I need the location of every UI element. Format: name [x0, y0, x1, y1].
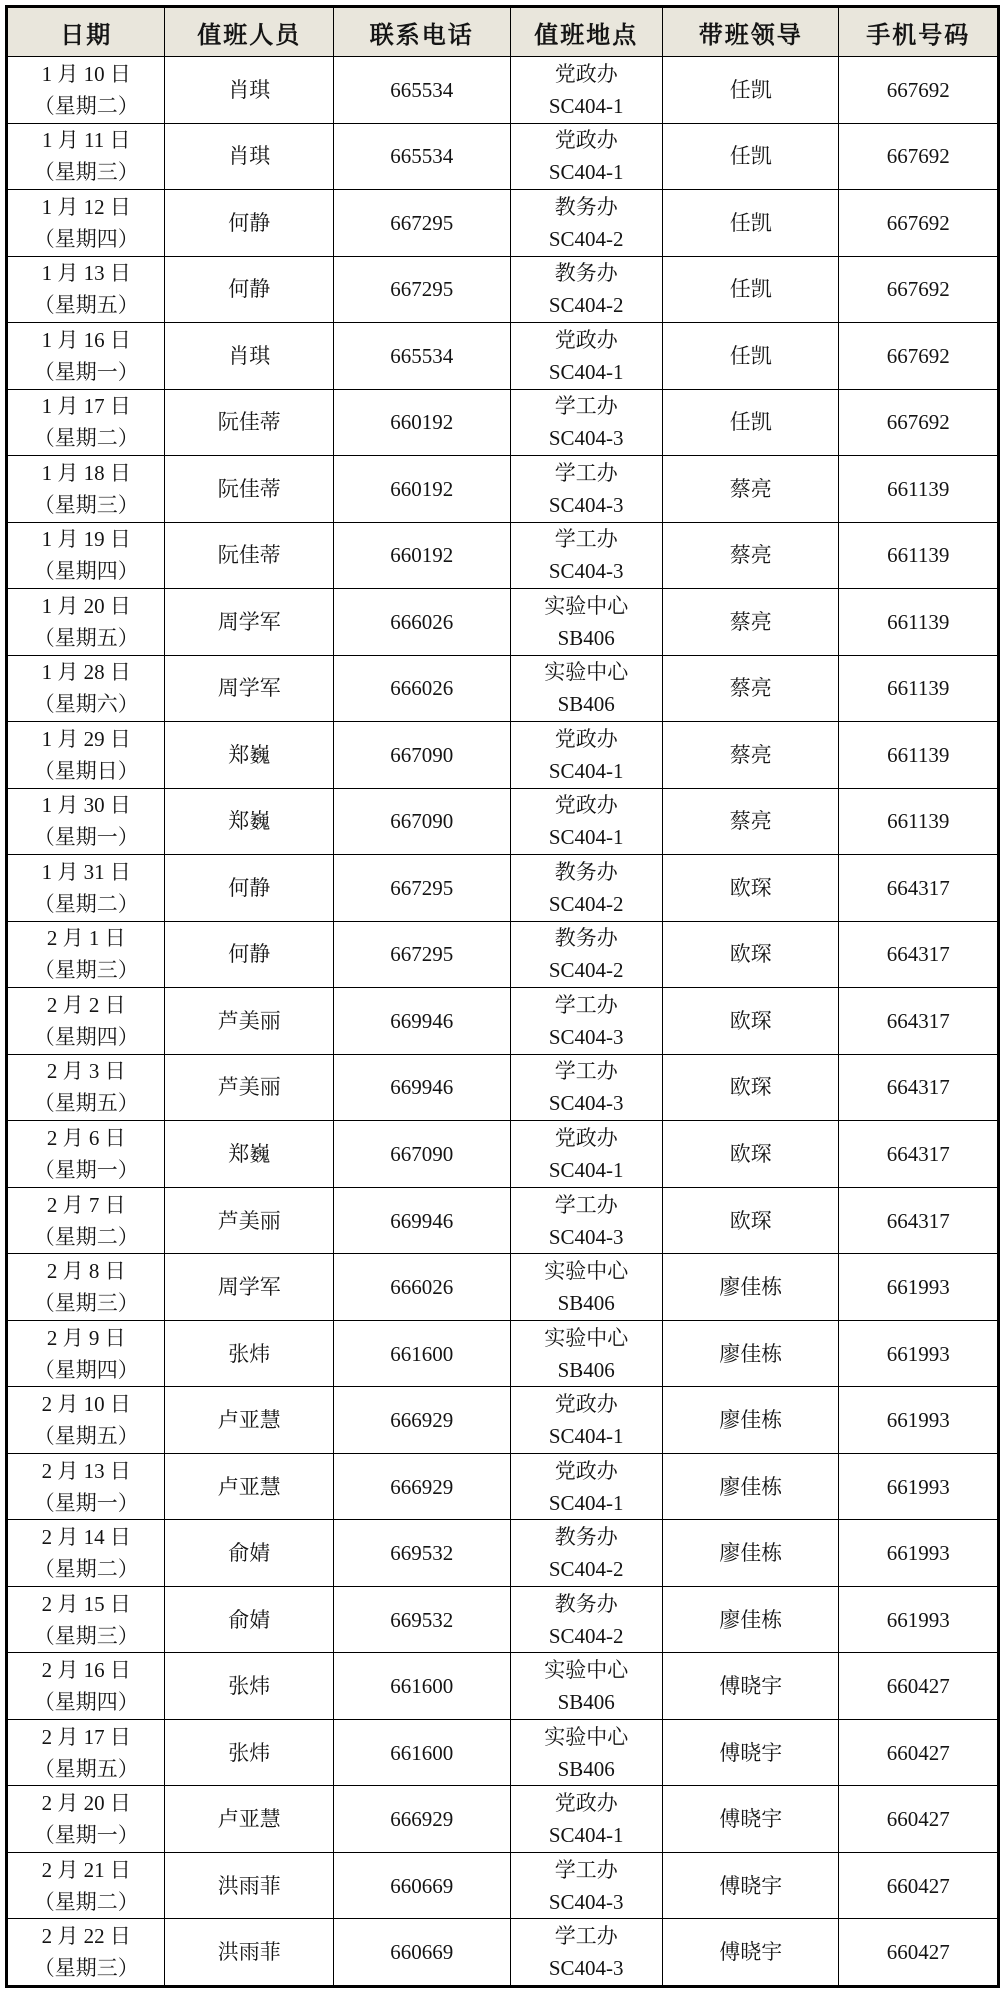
weekday-text: （星期三）: [8, 1620, 164, 1652]
place-text: 学工办: [511, 523, 662, 555]
phone-cell: 666929: [333, 1786, 510, 1853]
leader-cell: 傅晓宇: [662, 1919, 839, 1987]
mobile-text: 667692: [839, 207, 997, 239]
leader-cell: 任凯: [662, 123, 839, 190]
room-text: SC404-2: [511, 1620, 662, 1652]
phone-text: 669946: [334, 1205, 510, 1237]
phone-text: 667295: [334, 207, 510, 239]
place-text: 教务办: [511, 1588, 662, 1620]
person-text: 何静: [165, 938, 333, 970]
leader-cell: 蔡亮: [662, 788, 839, 855]
mobile-text: 661139: [839, 539, 997, 571]
date-cell: 1 月 13 日（星期五）: [7, 256, 165, 323]
location-cell: 实验中心SB406: [510, 655, 662, 722]
location-cell: 实验中心SB406: [510, 1320, 662, 1387]
date-cell: 1 月 30 日（星期一）: [7, 788, 165, 855]
room-text: SC404-3: [511, 489, 662, 521]
phone-cell: 660192: [333, 456, 510, 523]
phone-text: 666026: [334, 1271, 510, 1303]
room-text: SC404-1: [511, 1487, 662, 1519]
date-text: 2 月 3 日: [8, 1055, 164, 1087]
date-cell: 2 月 9 日（星期四）: [7, 1320, 165, 1387]
phone-cell: 669946: [333, 1054, 510, 1121]
date-cell: 1 月 19 日（星期四）: [7, 522, 165, 589]
mobile-cell: 667692: [839, 57, 999, 124]
person-cell: 俞婧: [165, 1586, 334, 1653]
phone-cell: 661600: [333, 1653, 510, 1720]
header-cell-mobile: 手机号码: [839, 7, 999, 57]
phone-text: 667295: [334, 872, 510, 904]
table-row: 1 月 20 日（星期五）周学军666026实验中心SB406蔡亮661139: [7, 589, 999, 656]
date-cell: 1 月 29 日（星期日）: [7, 722, 165, 789]
leader-cell: 廖佳栋: [662, 1520, 839, 1587]
header-cell-person: 值班人员: [165, 7, 334, 57]
mobile-text: 660427: [839, 1870, 997, 1902]
table-row: 2 月 16 日（星期四）张炜661600实验中心SB406傅晓宇660427: [7, 1653, 999, 1720]
mobile-text: 664317: [839, 938, 997, 970]
table-row: 2 月 21 日（星期二）洪雨菲660669学工办SC404-3傅晓宇66042…: [7, 1852, 999, 1919]
date-cell: 1 月 28 日（星期六）: [7, 655, 165, 722]
weekday-text: （星期五）: [8, 1420, 164, 1452]
person-cell: 何静: [165, 921, 334, 988]
weekday-text: （星期六）: [8, 688, 164, 720]
table-row: 2 月 7 日（星期二）芦美丽669946学工办SC404-3欧琛664317: [7, 1187, 999, 1254]
date-cell: 2 月 17 日（星期五）: [7, 1719, 165, 1786]
place-text: 党政办: [511, 324, 662, 356]
leader-text: 廖佳栋: [663, 1338, 839, 1370]
date-cell: 2 月 1 日（星期三）: [7, 921, 165, 988]
person-cell: 卢亚慧: [165, 1387, 334, 1454]
location-cell: 学工办SC404-3: [510, 1054, 662, 1121]
date-text: 1 月 30 日: [8, 789, 164, 821]
mobile-text: 664317: [839, 1138, 997, 1170]
date-text: 2 月 7 日: [8, 1189, 164, 1221]
header-cell-date: 日期: [7, 7, 165, 57]
leader-text: 欧琛: [663, 1205, 839, 1237]
leader-text: 廖佳栋: [663, 1604, 839, 1636]
person-cell: 阮佳蒂: [165, 389, 334, 456]
table-row: 2 月 22 日（星期三）洪雨菲660669学工办SC404-3傅晓宇66042…: [7, 1919, 999, 1987]
phone-cell: 666026: [333, 1254, 510, 1321]
phone-text: 669532: [334, 1537, 510, 1569]
phone-cell: 660669: [333, 1852, 510, 1919]
leader-cell: 傅晓宇: [662, 1852, 839, 1919]
mobile-cell: 661993: [839, 1520, 999, 1587]
weekday-text: （星期三）: [8, 1287, 164, 1319]
weekday-text: （星期五）: [8, 622, 164, 654]
room-text: SC404-3: [511, 1221, 662, 1253]
location-cell: 学工办SC404-3: [510, 522, 662, 589]
place-text: 实验中心: [511, 1255, 662, 1287]
date-text: 1 月 10 日: [8, 58, 164, 90]
person-text: 洪雨菲: [165, 1870, 333, 1902]
table-row: 2 月 1 日（星期三）何静667295教务办SC404-2欧琛664317: [7, 921, 999, 988]
date-text: 1 月 29 日: [8, 723, 164, 755]
room-text: SC404-1: [511, 156, 662, 188]
person-text: 阮佳蒂: [165, 473, 333, 505]
date-cell: 2 月 16 日（星期四）: [7, 1653, 165, 1720]
leader-cell: 廖佳栋: [662, 1320, 839, 1387]
weekday-text: （星期二）: [8, 1221, 164, 1253]
mobile-text: 660427: [839, 1803, 997, 1835]
weekday-text: （星期二）: [8, 90, 164, 122]
leader-cell: 廖佳栋: [662, 1387, 839, 1454]
leader-text: 廖佳栋: [663, 1404, 839, 1436]
date-text: 2 月 2 日: [8, 989, 164, 1021]
leader-cell: 欧琛: [662, 1187, 839, 1254]
room-text: SC404-1: [511, 356, 662, 388]
leader-cell: 傅晓宇: [662, 1786, 839, 1853]
leader-cell: 蔡亮: [662, 522, 839, 589]
weekday-text: （星期二）: [8, 1886, 164, 1918]
person-cell: 芦美丽: [165, 1054, 334, 1121]
leader-cell: 欧琛: [662, 1121, 839, 1188]
table-row: 1 月 17 日（星期二）阮佳蒂660192学工办SC404-3任凯667692: [7, 389, 999, 456]
leader-text: 蔡亮: [663, 539, 839, 571]
leader-text: 欧琛: [663, 1138, 839, 1170]
table-row: 1 月 19 日（星期四）阮佳蒂660192学工办SC404-3蔡亮661139: [7, 522, 999, 589]
table-row: 1 月 11 日（星期三）肖琪665534党政办SC404-1任凯667692: [7, 123, 999, 190]
room-text: SC404-3: [511, 555, 662, 587]
duty-schedule-table: 日期 值班人员 联系电话 值班地点 带班领导 手机号码 1 月 10 日（星期二…: [5, 5, 1000, 1988]
leader-cell: 欧琛: [662, 921, 839, 988]
mobile-cell: 660427: [839, 1786, 999, 1853]
mobile-cell: 661139: [839, 788, 999, 855]
place-text: 实验中心: [511, 1654, 662, 1686]
date-cell: 1 月 10 日（星期二）: [7, 57, 165, 124]
phone-text: 660192: [334, 539, 510, 571]
location-cell: 学工办SC404-3: [510, 389, 662, 456]
location-cell: 党政办SC404-1: [510, 1453, 662, 1520]
date-text: 2 月 15 日: [8, 1588, 164, 1620]
place-text: 党政办: [511, 1787, 662, 1819]
date-text: 1 月 18 日: [8, 457, 164, 489]
person-text: 芦美丽: [165, 1205, 333, 1237]
location-cell: 党政办SC404-1: [510, 722, 662, 789]
leader-text: 欧琛: [663, 872, 839, 904]
phone-text: 667090: [334, 805, 510, 837]
weekday-text: （星期一）: [8, 821, 164, 853]
person-text: 俞婧: [165, 1604, 333, 1636]
table-row: 2 月 2 日（星期四）芦美丽669946学工办SC404-3欧琛664317: [7, 988, 999, 1055]
person-text: 周学军: [165, 1271, 333, 1303]
phone-text: 660669: [334, 1936, 510, 1968]
date-text: 1 月 13 日: [8, 257, 164, 289]
phone-text: 661600: [334, 1737, 510, 1769]
weekday-text: （星期五）: [8, 289, 164, 321]
place-text: 实验中心: [511, 1721, 662, 1753]
person-text: 郑巍: [165, 739, 333, 771]
person-cell: 周学军: [165, 1254, 334, 1321]
mobile-cell: 664317: [839, 1054, 999, 1121]
leader-cell: 蔡亮: [662, 456, 839, 523]
mobile-text: 661139: [839, 805, 997, 837]
location-cell: 教务办SC404-2: [510, 1586, 662, 1653]
table-body: 1 月 10 日（星期二）肖琪665534党政办SC404-1任凯6676921…: [7, 57, 999, 1987]
place-text: 党政办: [511, 723, 662, 755]
leader-cell: 欧琛: [662, 988, 839, 1055]
person-cell: 肖琪: [165, 123, 334, 190]
leader-cell: 任凯: [662, 57, 839, 124]
place-text: 党政办: [511, 1122, 662, 1154]
phone-cell: 660669: [333, 1919, 510, 1987]
person-text: 周学军: [165, 606, 333, 638]
leader-text: 任凯: [663, 74, 839, 106]
location-cell: 党政办SC404-1: [510, 1786, 662, 1853]
mobile-text: 661993: [839, 1604, 997, 1636]
location-cell: 教务办SC404-2: [510, 921, 662, 988]
room-text: SC404-3: [511, 422, 662, 454]
date-cell: 2 月 6 日（星期一）: [7, 1121, 165, 1188]
mobile-cell: 661139: [839, 456, 999, 523]
phone-cell: 667295: [333, 256, 510, 323]
person-cell: 张炜: [165, 1320, 334, 1387]
date-text: 2 月 17 日: [8, 1721, 164, 1753]
location-cell: 学工办SC404-3: [510, 1852, 662, 1919]
mobile-text: 660427: [839, 1737, 997, 1769]
mobile-text: 667692: [839, 273, 997, 305]
table-row: 2 月 15 日（星期三）俞婧669532教务办SC404-2廖佳栋661993: [7, 1586, 999, 1653]
weekday-text: （星期二）: [8, 1553, 164, 1585]
weekday-text: （星期一）: [8, 1819, 164, 1851]
phone-text: 666929: [334, 1471, 510, 1503]
phone-text: 665534: [334, 74, 510, 106]
person-text: 芦美丽: [165, 1005, 333, 1037]
mobile-text: 661139: [839, 606, 997, 638]
room-text: SB406: [511, 1753, 662, 1785]
table-row: 1 月 29 日（星期日）郑巍667090党政办SC404-1蔡亮661139: [7, 722, 999, 789]
location-cell: 学工办SC404-3: [510, 1919, 662, 1987]
date-text: 2 月 16 日: [8, 1654, 164, 1686]
person-cell: 郑巍: [165, 788, 334, 855]
person-cell: 何静: [165, 256, 334, 323]
location-cell: 实验中心SB406: [510, 1719, 662, 1786]
mobile-cell: 661993: [839, 1586, 999, 1653]
person-cell: 卢亚慧: [165, 1453, 334, 1520]
leader-cell: 蔡亮: [662, 722, 839, 789]
leader-cell: 廖佳栋: [662, 1586, 839, 1653]
phone-cell: 667090: [333, 722, 510, 789]
location-cell: 党政办SC404-1: [510, 57, 662, 124]
date-text: 2 月 21 日: [8, 1854, 164, 1886]
mobile-text: 660427: [839, 1670, 997, 1702]
phone-text: 667090: [334, 739, 510, 771]
leader-cell: 蔡亮: [662, 655, 839, 722]
mobile-cell: 660427: [839, 1653, 999, 1720]
phone-text: 669532: [334, 1604, 510, 1636]
leader-text: 任凯: [663, 340, 839, 372]
place-text: 教务办: [511, 856, 662, 888]
date-cell: 1 月 17 日（星期二）: [7, 389, 165, 456]
mobile-cell: 661139: [839, 589, 999, 656]
date-cell: 2 月 20 日（星期一）: [7, 1786, 165, 1853]
person-cell: 芦美丽: [165, 1187, 334, 1254]
table-row: 2 月 17 日（星期五）张炜661600实验中心SB406傅晓宇660427: [7, 1719, 999, 1786]
mobile-cell: 660427: [839, 1719, 999, 1786]
phone-text: 665534: [334, 340, 510, 372]
mobile-cell: 667692: [839, 256, 999, 323]
mobile-cell: 660427: [839, 1852, 999, 1919]
phone-text: 665534: [334, 140, 510, 172]
phone-cell: 669946: [333, 1187, 510, 1254]
phone-text: 660192: [334, 406, 510, 438]
mobile-cell: 661139: [839, 655, 999, 722]
phone-cell: 660192: [333, 389, 510, 456]
date-text: 2 月 9 日: [8, 1322, 164, 1354]
person-cell: 芦美丽: [165, 988, 334, 1055]
place-text: 学工办: [511, 1055, 662, 1087]
person-text: 洪雨菲: [165, 1936, 333, 1968]
mobile-text: 661993: [839, 1404, 997, 1436]
weekday-text: （星期三）: [8, 156, 164, 188]
place-text: 党政办: [511, 124, 662, 156]
table-row: 2 月 8 日（星期三）周学军666026实验中心SB406廖佳栋661993: [7, 1254, 999, 1321]
leader-text: 任凯: [663, 406, 839, 438]
leader-text: 蔡亮: [663, 739, 839, 771]
date-text: 2 月 14 日: [8, 1521, 164, 1553]
room-text: SC404-1: [511, 1154, 662, 1186]
leader-cell: 任凯: [662, 256, 839, 323]
date-text: 1 月 19 日: [8, 523, 164, 555]
mobile-cell: 661993: [839, 1254, 999, 1321]
person-cell: 郑巍: [165, 1121, 334, 1188]
phone-cell: 665534: [333, 323, 510, 390]
place-text: 党政办: [511, 1388, 662, 1420]
person-text: 张炜: [165, 1338, 333, 1370]
person-text: 芦美丽: [165, 1071, 333, 1103]
table-row: 2 月 14 日（星期二）俞婧669532教务办SC404-2廖佳栋661993: [7, 1520, 999, 1587]
person-text: 何静: [165, 207, 333, 239]
mobile-text: 661139: [839, 473, 997, 505]
phone-cell: 667295: [333, 921, 510, 988]
phone-cell: 661600: [333, 1320, 510, 1387]
person-text: 郑巍: [165, 1138, 333, 1170]
weekday-text: （星期一）: [8, 356, 164, 388]
date-cell: 1 月 20 日（星期五）: [7, 589, 165, 656]
mobile-cell: 664317: [839, 855, 999, 922]
leader-text: 廖佳栋: [663, 1537, 839, 1569]
mobile-cell: 661993: [839, 1320, 999, 1387]
person-text: 卢亚慧: [165, 1404, 333, 1436]
leader-text: 欧琛: [663, 1005, 839, 1037]
weekday-text: （星期四）: [8, 1021, 164, 1053]
date-text: 1 月 31 日: [8, 856, 164, 888]
phone-text: 666026: [334, 672, 510, 704]
phone-text: 661600: [334, 1338, 510, 1370]
table-row: 2 月 13 日（星期一）卢亚慧666929党政办SC404-1廖佳栋66199…: [7, 1453, 999, 1520]
location-cell: 党政办SC404-1: [510, 1121, 662, 1188]
person-text: 阮佳蒂: [165, 406, 333, 438]
leader-text: 傅晓宇: [663, 1737, 839, 1769]
date-text: 2 月 1 日: [8, 922, 164, 954]
phone-cell: 669532: [333, 1586, 510, 1653]
person-cell: 张炜: [165, 1719, 334, 1786]
weekday-text: （星期二）: [8, 888, 164, 920]
mobile-text: 664317: [839, 872, 997, 904]
person-text: 郑巍: [165, 805, 333, 837]
person-text: 张炜: [165, 1670, 333, 1702]
room-text: SB406: [511, 1354, 662, 1386]
room-text: SC404-1: [511, 821, 662, 853]
person-cell: 洪雨菲: [165, 1919, 334, 1987]
room-text: SC404-3: [511, 1886, 662, 1918]
leader-cell: 蔡亮: [662, 589, 839, 656]
date-text: 2 月 20 日: [8, 1787, 164, 1819]
weekday-text: （星期三）: [8, 954, 164, 986]
mobile-text: 661139: [839, 739, 997, 771]
leader-text: 任凯: [663, 140, 839, 172]
phone-text: 669946: [334, 1071, 510, 1103]
table-row: 1 月 13 日（星期五）何静667295教务办SC404-2任凯667692: [7, 256, 999, 323]
person-text: 卢亚慧: [165, 1471, 333, 1503]
room-text: SC404-1: [511, 1819, 662, 1851]
weekday-text: （星期日）: [8, 755, 164, 787]
room-text: SC404-2: [511, 954, 662, 986]
person-text: 卢亚慧: [165, 1803, 333, 1835]
room-text: SC404-1: [511, 1420, 662, 1452]
header-cell-phone: 联系电话: [333, 7, 510, 57]
person-cell: 何静: [165, 855, 334, 922]
room-text: SC404-2: [511, 223, 662, 255]
place-text: 学工办: [511, 390, 662, 422]
phone-cell: 669946: [333, 988, 510, 1055]
date-text: 1 月 20 日: [8, 590, 164, 622]
place-text: 实验中心: [511, 590, 662, 622]
place-text: 党政办: [511, 1455, 662, 1487]
person-cell: 肖琪: [165, 323, 334, 390]
person-text: 何静: [165, 872, 333, 904]
date-text: 1 月 11 日: [8, 124, 164, 156]
leader-text: 傅晓宇: [663, 1670, 839, 1702]
person-cell: 洪雨菲: [165, 1852, 334, 1919]
place-text: 学工办: [511, 457, 662, 489]
location-cell: 党政办SC404-1: [510, 123, 662, 190]
weekday-text: （星期四）: [8, 1354, 164, 1386]
phone-text: 667295: [334, 938, 510, 970]
person-text: 俞婧: [165, 1537, 333, 1569]
phone-text: 666929: [334, 1803, 510, 1835]
phone-cell: 667295: [333, 190, 510, 257]
date-text: 1 月 28 日: [8, 656, 164, 688]
person-text: 阮佳蒂: [165, 539, 333, 571]
leader-cell: 傅晓宇: [662, 1719, 839, 1786]
table-row: 2 月 9 日（星期四）张炜661600实验中心SB406廖佳栋661993: [7, 1320, 999, 1387]
table-row: 2 月 10 日（星期五）卢亚慧666929党政办SC404-1廖佳栋66199…: [7, 1387, 999, 1454]
mobile-text: 661993: [839, 1271, 997, 1303]
location-cell: 学工办SC404-3: [510, 456, 662, 523]
phone-cell: 666929: [333, 1453, 510, 1520]
location-cell: 教务办SC404-2: [510, 1520, 662, 1587]
leader-text: 欧琛: [663, 1071, 839, 1103]
leader-cell: 欧琛: [662, 1054, 839, 1121]
room-text: SC404-3: [511, 1021, 662, 1053]
person-cell: 肖琪: [165, 57, 334, 124]
person-text: 肖琪: [165, 340, 333, 372]
person-cell: 阮佳蒂: [165, 456, 334, 523]
date-text: 1 月 12 日: [8, 191, 164, 223]
person-cell: 周学军: [165, 655, 334, 722]
person-cell: 俞婧: [165, 1520, 334, 1587]
mobile-cell: 667692: [839, 123, 999, 190]
mobile-cell: 667692: [839, 190, 999, 257]
header-row: 日期 值班人员 联系电话 值班地点 带班领导 手机号码: [7, 7, 999, 57]
table-row: 2 月 3 日（星期五）芦美丽669946学工办SC404-3欧琛664317: [7, 1054, 999, 1121]
mobile-cell: 667692: [839, 323, 999, 390]
room-text: SB406: [511, 1686, 662, 1718]
phone-cell: 666026: [333, 589, 510, 656]
person-cell: 张炜: [165, 1653, 334, 1720]
room-text: SC404-3: [511, 1952, 662, 1984]
